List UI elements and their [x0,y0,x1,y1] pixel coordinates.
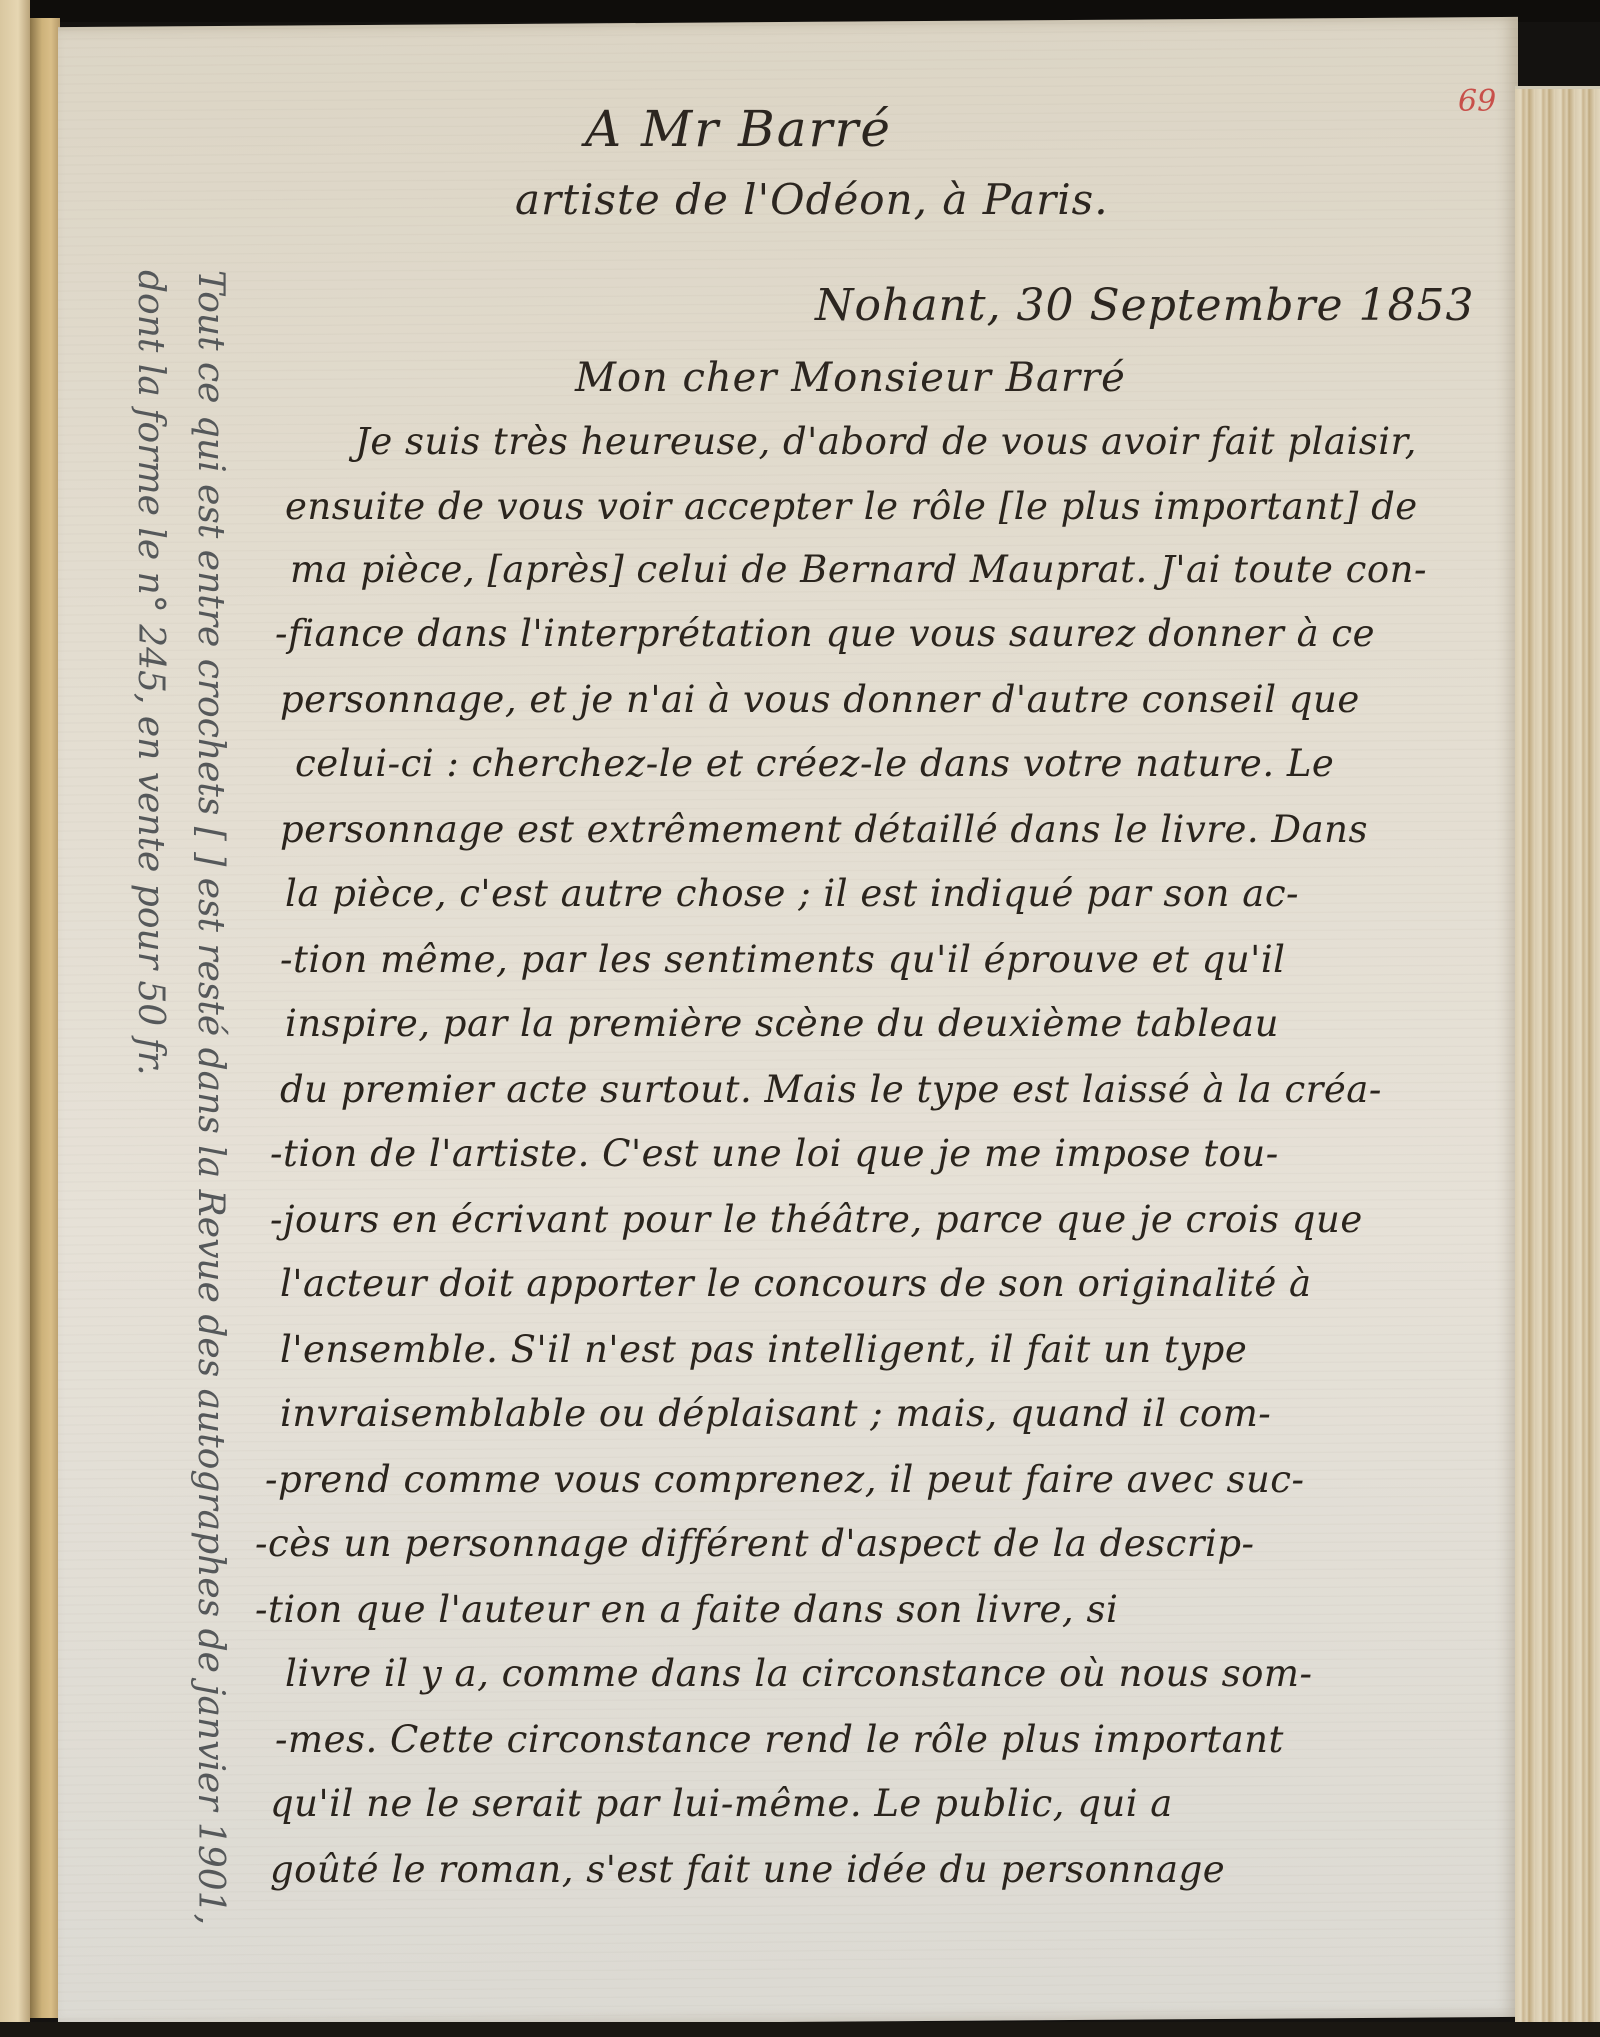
left-page-edge [0,0,30,2037]
body-line: du premier acte surtout. Mais le type es… [280,1068,1382,1111]
body-line: invraisemblable ou déplaisant ; mais, qu… [280,1392,1271,1435]
body-line: la pièce, c'est autre chose ; il est ind… [285,872,1299,915]
body-line: -jours en écrivant pour le théâtre, parc… [270,1198,1363,1241]
binding-gutter [30,18,60,2018]
body-line: -mes. Cette circonstance rend le rôle pl… [275,1718,1284,1761]
addressee: A Mr Barré [585,100,892,158]
body-line: goûté le roman, s'est fait une idée du p… [270,1848,1225,1891]
margin-note-line: dont la forme le n° 245, en vente pour 5… [120,270,180,2010]
body-line: -prend comme vous comprenez, il peut fai… [265,1458,1305,1501]
dateline: Nohant, 30 Septembre 1853 [815,280,1475,331]
body-line: -fiance dans l'interprétation que vous s… [275,612,1375,655]
body-line: ensuite de vous voir accepter le rôle [l… [285,485,1418,528]
stacked-page-edges [1515,86,1600,2037]
body-line: -tion de l'artiste. C'est une loi que je… [270,1132,1279,1175]
salutation: Mon cher Monsieur Barré [575,355,1126,401]
body-line: -tion même, par les sentiments qu'il épr… [280,938,1286,981]
body-line: livre il y a, comme dans la circonstance… [285,1652,1313,1695]
body-line: personnage est extrêmement détaillé dans… [280,808,1368,851]
background-bottom [0,2022,1600,2037]
body-line: inspire, par la première scène du deuxiè… [285,1002,1279,1045]
body-line: l'acteur doit apporter le concours de so… [280,1262,1312,1305]
address: artiste de l'Odéon, à Paris. [515,175,1109,224]
body-line: Je suis très heureuse, d'abord de vous a… [355,420,1417,463]
body-line: -cès un personnage différent d'aspect de… [255,1522,1255,1565]
body-line: l'ensemble. S'il n'est pas intelligent, … [280,1328,1247,1371]
body-line: qu'il ne le serait par lui-même. Le publ… [270,1782,1173,1825]
pencil-margin-note: Tout ce qui est entre crochets [ ] est r… [100,270,240,2010]
body-line: -tion que l'auteur en a faite dans son l… [255,1588,1118,1631]
margin-note-line: Tout ce qui est entre crochets [ ] est r… [180,270,240,2010]
body-line: ma pièce, [après] celui de Bernard Maupr… [290,548,1427,591]
body-line: personnage, et je n'ai à vous donner d'a… [280,678,1360,721]
folio-number: 69 [1458,84,1496,119]
body-line: celui-ci : cherchez-le et créez-le dans … [295,742,1334,785]
